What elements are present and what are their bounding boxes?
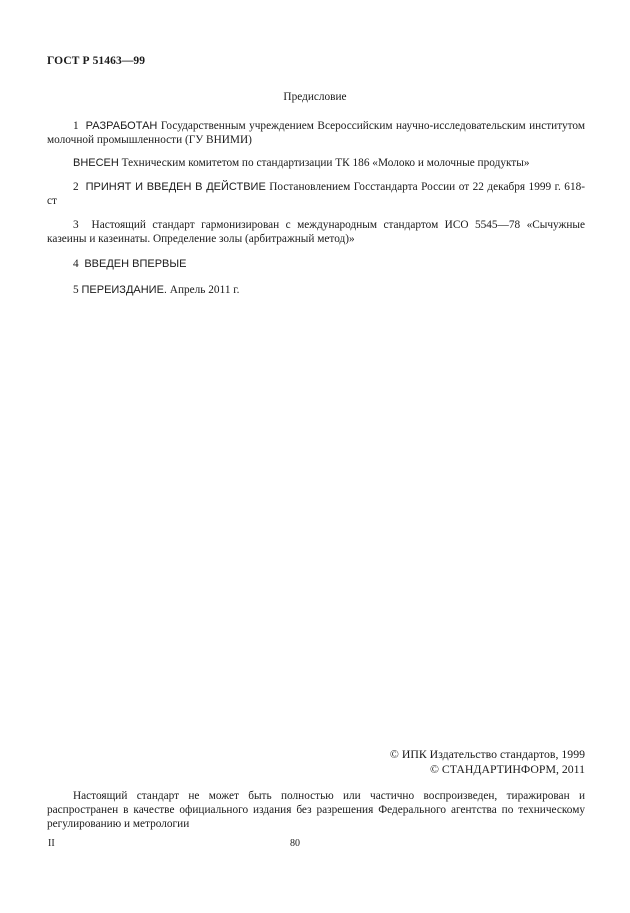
- foreword-item-5: 5 ПЕРЕИЗДАНИЕ. Апрель 2011 г.: [47, 283, 585, 297]
- item-number: 2: [73, 181, 79, 193]
- item-lead: ПРИНЯТ И ВВЕДЕН В ДЕЙСТВИЕ: [86, 181, 266, 193]
- foreword-item-1: 1 РАЗРАБОТАН Государственным учреждением…: [47, 119, 585, 147]
- foreword-item-submitted: ВНЕСЕН Техническим комитетом по стандарт…: [47, 156, 585, 170]
- item-text: Настоящий стандарт гармонизирован с межд…: [47, 219, 585, 245]
- reproduction-notice: Настоящий стандарт не может быть полност…: [47, 789, 585, 831]
- section-title: Предисловие: [0, 90, 630, 104]
- page-roman-numeral: II: [48, 837, 55, 851]
- item-text: Техническим комитетом по стандартизации …: [119, 157, 530, 169]
- document-code: ГОСТ Р 51463—99: [47, 54, 145, 68]
- foreword-item-2: 2 ПРИНЯТ И ВВЕДЕН В ДЕЙСТВИЕ Постановлен…: [47, 180, 585, 208]
- item-number: 1: [73, 120, 79, 132]
- copyright-block: © ИПК Издательство стандартов, 1999 © СТ…: [390, 747, 585, 777]
- document-page: ГОСТ Р 51463—99 Предисловие 1 РАЗРАБОТАН…: [0, 0, 630, 913]
- item-lead: ВВЕДЕН ВПЕРВЫЕ: [84, 258, 186, 270]
- copyright-line-2: © СТАНДАРТИНФОРМ, 2011: [390, 762, 585, 777]
- item-lead: РАЗРАБОТАН: [86, 120, 158, 132]
- section-title-text: Предисловие: [283, 91, 346, 103]
- copyright-line-1: © ИПК Издательство стандартов, 1999: [390, 747, 585, 762]
- item-number: 5: [73, 284, 79, 296]
- item-lead: ПЕРЕИЗДАНИЕ.: [81, 284, 167, 296]
- item-number: 3: [73, 219, 79, 231]
- foreword-item-3: 3 Настоящий стандарт гармонизирован с ме…: [47, 218, 585, 246]
- item-lead: ВНЕСЕН: [73, 157, 119, 169]
- foreword-item-4: 4 ВВЕДЕН ВПЕРВЫЕ: [47, 257, 585, 271]
- item-number: 4: [73, 258, 79, 270]
- item-text: Апрель 2011 г.: [167, 284, 240, 296]
- page-number: 80: [290, 837, 300, 851]
